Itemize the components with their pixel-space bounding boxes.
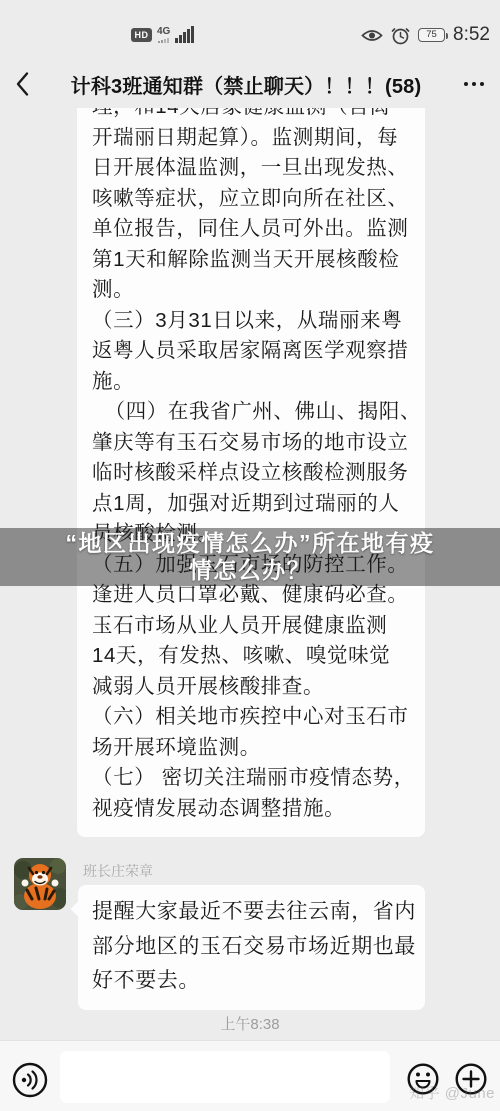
signal-bars-small-icon bbox=[158, 37, 170, 43]
message-bubble-reminder: 提醒大家最近不要去往云南，省内部分地区的玉石交易市场近期也最好不要去。 bbox=[78, 885, 425, 1010]
watermark-banner-line2: 情怎么办？ bbox=[0, 557, 500, 584]
status-bar: HD 4G bbox=[0, 0, 500, 60]
signal-bars-icon bbox=[175, 26, 195, 43]
battery-icon: 75 bbox=[418, 28, 445, 42]
text-line: 14天，有发热、咳嗽、嗅觉味觉 bbox=[92, 641, 410, 672]
text-line: 日开展体温监测，一旦出现发热、 bbox=[92, 153, 410, 184]
text-line: 提醒大家最近不要去往云南，省内 bbox=[92, 895, 411, 930]
battery-percent: 75 bbox=[426, 29, 437, 40]
eye-protection-icon bbox=[361, 28, 383, 43]
text-line: （三）3月31日以来，从瑞丽来粤 bbox=[92, 306, 410, 337]
back-button[interactable] bbox=[0, 60, 44, 108]
alarm-clock-icon bbox=[391, 26, 410, 45]
phone-screen: HD 4G bbox=[0, 0, 500, 1111]
text-line: 测。 bbox=[92, 275, 410, 306]
message-bubble-notice: 理，和14天居家健康监测（自离开瑞丽日期起算）。监测期间，每日开展体温监测，一旦… bbox=[77, 108, 425, 837]
watermark-banner-line1: “地区出现疫情怎么办”所在地有疫 bbox=[0, 530, 500, 557]
text-line: 咳嗽等症状，应立即向所在社区、 bbox=[92, 184, 410, 215]
group-title: 计科3班通知群（禁止聊天）！！！(58) bbox=[44, 70, 448, 99]
text-line: 施。 bbox=[92, 367, 410, 398]
network-type-label: 4G bbox=[157, 27, 170, 37]
text-line: （七） 密切关注瑞丽市疫情态势， bbox=[92, 763, 410, 794]
text-line: 玉石市场从业人员开展健康监测 bbox=[92, 611, 410, 642]
more-button[interactable] bbox=[448, 60, 500, 108]
text-line: 第1天和解除监测当天开展核酸检 bbox=[92, 245, 410, 276]
time-divider: 上午8:38 bbox=[0, 1013, 500, 1034]
text-line: 临时核酸采样点设立核酸检测服务 bbox=[92, 458, 410, 489]
text-line: 开瑞丽日期起算）。监测期间，每 bbox=[92, 123, 410, 154]
text-line: 理，和14天居家健康监测（自离 bbox=[92, 108, 410, 123]
text-line: 单位报告，同住人员可外出。监测 bbox=[92, 214, 410, 245]
status-left-group: HD 4G bbox=[131, 26, 195, 43]
avatar[interactable] bbox=[14, 858, 66, 910]
chat-header: 计科3班通知群（禁止聊天）！！！(58) bbox=[0, 60, 500, 108]
text-line: 好不要去。 bbox=[92, 964, 411, 999]
text-line: 点1周，加强对近期到过瑞丽的人 bbox=[92, 489, 410, 520]
hd-badge-icon: HD bbox=[131, 28, 152, 42]
network-indicator: 4G bbox=[157, 27, 170, 43]
corner-watermark: 知乎 @June bbox=[409, 1082, 495, 1103]
voice-button[interactable] bbox=[11, 1061, 49, 1104]
sender-name: 班长庄荣章 bbox=[83, 861, 153, 881]
chevron-left-icon bbox=[15, 71, 30, 97]
text-line: 视疫情发展动态调整措施。 bbox=[92, 794, 410, 825]
watermark-banner: “地区出现疫情怎么办”所在地有疫 情怎么办？ bbox=[0, 528, 500, 586]
text-line: 减弱人员开展核酸排查。 bbox=[92, 672, 410, 703]
text-line: （六）相关地市疾控中心对玉石市 bbox=[92, 702, 410, 733]
more-ellipsis-icon bbox=[464, 82, 468, 86]
text-line: 部分地区的玉石交易市场近期也最 bbox=[92, 930, 411, 965]
message-text-input[interactable] bbox=[60, 1051, 390, 1103]
battery-nub bbox=[446, 33, 449, 39]
status-time: 8:52 bbox=[453, 24, 490, 46]
text-line: 肇庆等有玉石交易市场的地市设立 bbox=[92, 428, 410, 459]
text-line: 场开展环境监测。 bbox=[92, 733, 410, 764]
status-right-group: 75 8:52 bbox=[361, 24, 490, 46]
tigger-avatar-image bbox=[14, 858, 66, 910]
voice-wave-icon bbox=[11, 1061, 49, 1099]
text-line: （四）在我省广州、佛山、揭阳、 bbox=[92, 397, 410, 428]
text-line: 返粤人员采取居家隔离医学观察措 bbox=[92, 336, 410, 367]
